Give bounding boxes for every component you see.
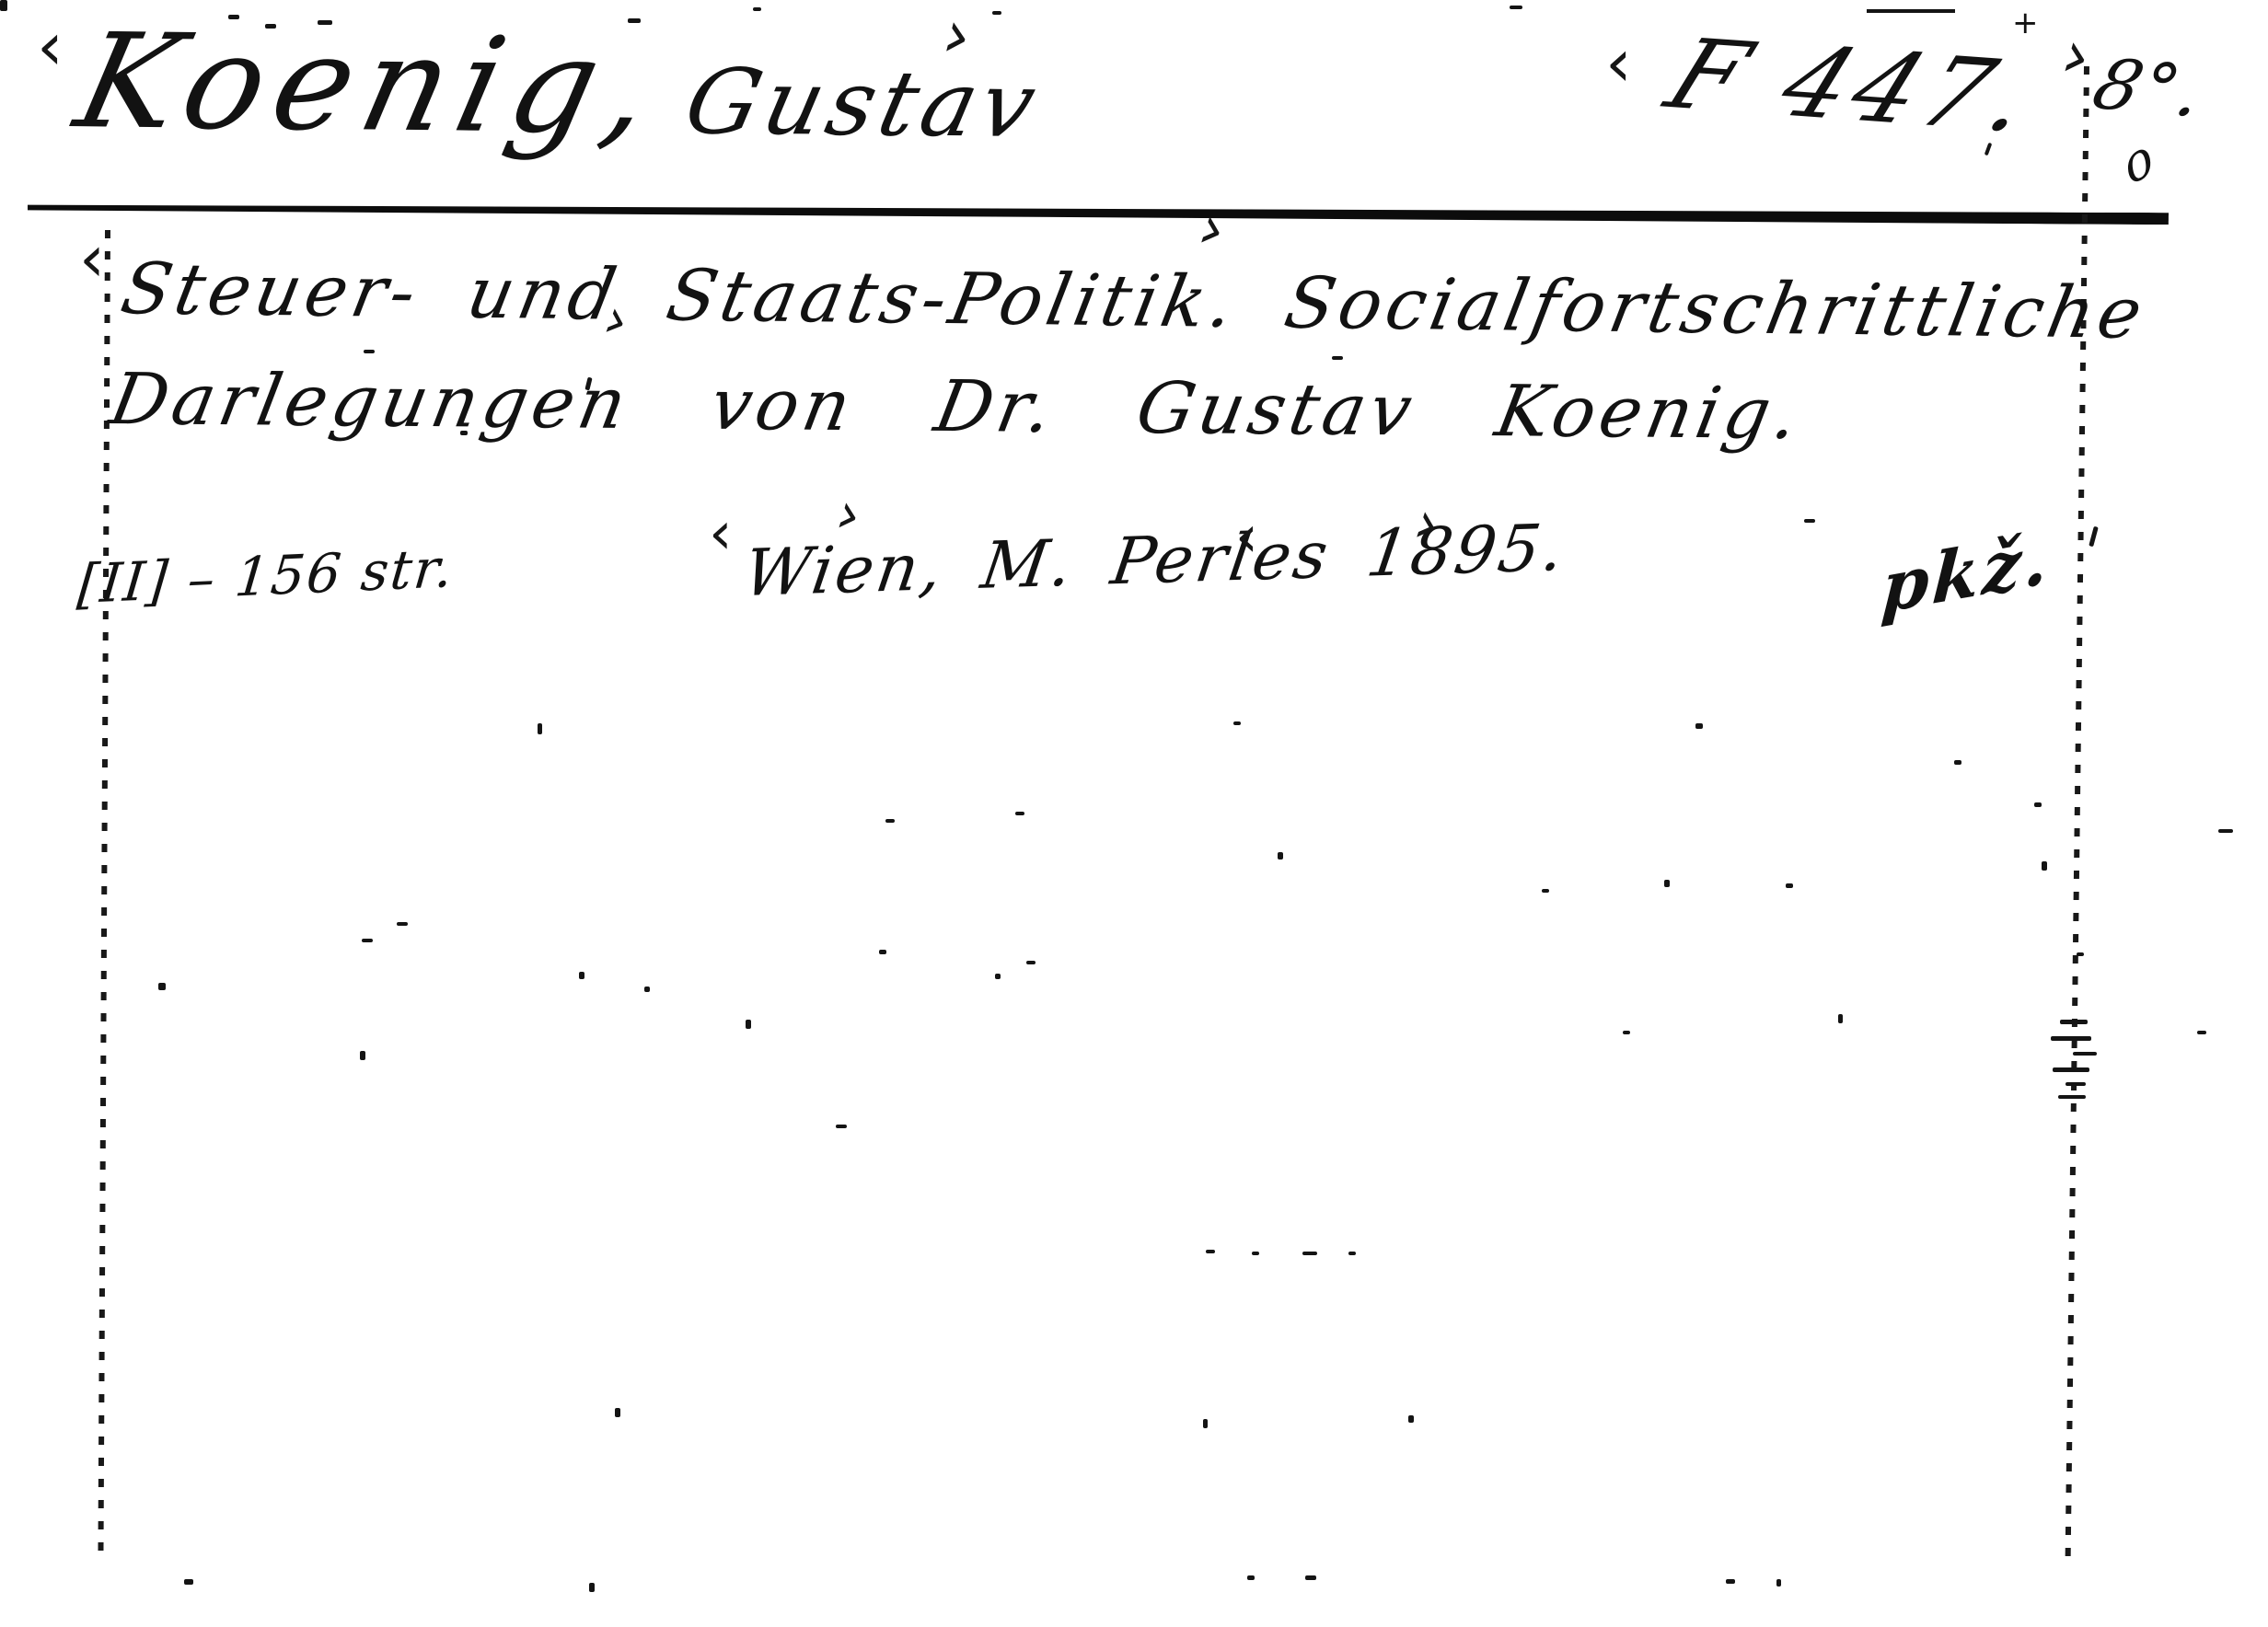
scan-speck <box>2034 802 2042 807</box>
scan-speck <box>1015 812 1024 815</box>
insertion-caret-close-icon: › <box>1191 197 1233 262</box>
scan-speck <box>1542 889 1549 893</box>
insertion-caret-open-icon: ‹ <box>37 13 64 79</box>
title-line-2: Darlegungen von Dr. Gustav Koenig. <box>105 364 1808 450</box>
scan-speck <box>995 974 1001 979</box>
stray-letter: o <box>2116 131 2159 193</box>
scan-speck <box>228 15 239 19</box>
scan-speck <box>2051 1036 2091 1041</box>
scan-speck <box>1206 1250 1215 1253</box>
scan-speck <box>2073 1052 2097 1056</box>
scan-speck <box>589 1583 595 1592</box>
scan-speck <box>360 1051 365 1060</box>
scan-speck <box>1786 883 1793 888</box>
author-forename: Gustav <box>676 50 1049 158</box>
scan-speck <box>2053 1067 2089 1072</box>
scan-speck <box>644 987 650 992</box>
scan-speck <box>628 18 641 23</box>
catalog-card-scan: ‹ Koenig,Gustav › ‹ F 447. › 8°. o + ‹ S… <box>0 0 2268 1627</box>
scan-speck <box>2042 861 2047 871</box>
collation-statement: [II] – 156 str. <box>75 541 457 611</box>
scan-speck <box>2058 1095 2086 1099</box>
scan-speck <box>1305 1575 1316 1580</box>
scan-speck <box>885 819 895 823</box>
scan-speck <box>397 922 408 926</box>
title-line-1: Steuer- und Staats-Politik. Socialfortsc… <box>116 254 2152 350</box>
scan-speck <box>1664 880 1670 887</box>
scan-speck <box>579 972 584 979</box>
author-heading: Koenig,Gustav <box>66 17 1056 157</box>
scan-speck <box>2077 952 2084 956</box>
scan-speck <box>615 1408 620 1417</box>
format-mark: 8°. <box>2086 50 2214 127</box>
scan-speck <box>1954 760 1961 765</box>
insertion-caret-open-icon: ‹ <box>1605 29 1632 96</box>
scan-speck <box>1332 356 1343 360</box>
scan-speck <box>184 1579 193 1585</box>
scan-speck <box>2197 1031 2206 1034</box>
scan-speck <box>1233 721 1241 725</box>
imprint-statement: Wien, M. Perles 1895. <box>740 515 1570 606</box>
scan-speck <box>1247 1575 1255 1580</box>
scan-speck <box>836 1125 847 1128</box>
scan-speck <box>1348 1252 1356 1255</box>
scan-speck <box>158 983 166 990</box>
scan-speck <box>364 350 375 353</box>
scan-speck <box>1026 961 1036 964</box>
header-rule-line <box>28 202 2169 225</box>
scan-speck <box>1804 519 1815 523</box>
scan-speck <box>538 723 542 734</box>
author-surname: Koenig, <box>64 6 677 163</box>
insertion-caret-close-icon: › <box>2055 19 2100 90</box>
shelfmark: F 447. <box>1655 27 2053 147</box>
scan-speck <box>2218 829 2233 833</box>
location-annotation: pkž. <box>1880 524 2054 624</box>
scan-speck <box>1252 1252 1259 1255</box>
scan-speck <box>753 7 761 11</box>
plus-artifact: + <box>2012 7 2039 39</box>
scan-speck <box>1838 1014 1843 1023</box>
scan-speck <box>2089 526 2099 548</box>
scan-speck <box>1408 1415 1414 1423</box>
scan-speck <box>318 20 332 25</box>
insertion-caret-open-icon: ‹ <box>709 504 733 563</box>
scan-speck <box>1695 723 1703 729</box>
scan-speck <box>1302 1252 1317 1255</box>
insertion-caret-open-icon: ‹ <box>1235 508 1258 565</box>
scan-speck <box>1776 1579 1781 1587</box>
scan-speck <box>879 950 886 954</box>
scan-speck <box>992 11 1001 15</box>
scan-speck <box>2060 1020 2088 1024</box>
scan-speck <box>1510 6 1522 9</box>
top-right-short-line <box>1867 9 1955 13</box>
scan-speck <box>0 0 7 11</box>
scan-speck <box>1278 852 1283 860</box>
scan-speck <box>362 939 373 942</box>
scan-speck <box>1623 1031 1630 1034</box>
scan-speck <box>460 431 468 435</box>
scan-speck <box>265 24 276 29</box>
scan-speck <box>746 1020 751 1029</box>
scan-speck <box>2065 1082 2086 1086</box>
insertion-caret-open-icon: ‹ <box>79 226 105 291</box>
scan-speck <box>1726 1579 1735 1584</box>
scan-speck <box>1203 1419 1208 1428</box>
